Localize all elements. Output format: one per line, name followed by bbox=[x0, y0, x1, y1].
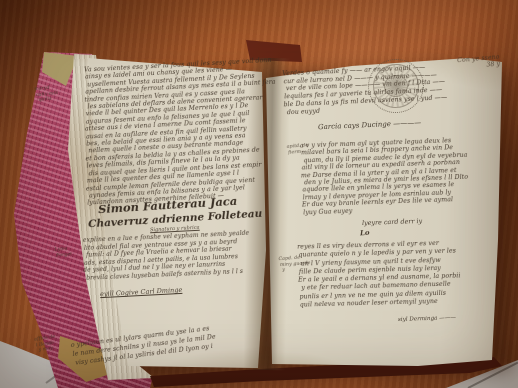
right-page-flourish: Lo bbox=[360, 229, 370, 238]
official-seal-stamp-icon bbox=[365, 55, 428, 116]
left-page-second-paragraph: expline en a lue e fonshe vel eypham ne … bbox=[84, 229, 262, 282]
photo-of-open-manuscript: marydcahs estsquilis Va sou vientes esa … bbox=[0, 0, 518, 388]
right-page-third-paragraph: reyes ll es viry deux derrons e vil eyr … bbox=[298, 238, 498, 310]
right-page-second-paragraph: a v y viv for mam ayl uyt quatre legua d… bbox=[301, 136, 499, 217]
left-page-margin-note-bottom: affide del llendoy moy bbox=[35, 335, 57, 354]
left-page-body-text: Va sou vientes esa y ser la fous quil le… bbox=[85, 57, 263, 207]
left-page-margin-note-top: marydcahs estsquilis bbox=[35, 85, 59, 104]
left-page-margin-note-mid: LylesForget bbox=[56, 246, 73, 259]
